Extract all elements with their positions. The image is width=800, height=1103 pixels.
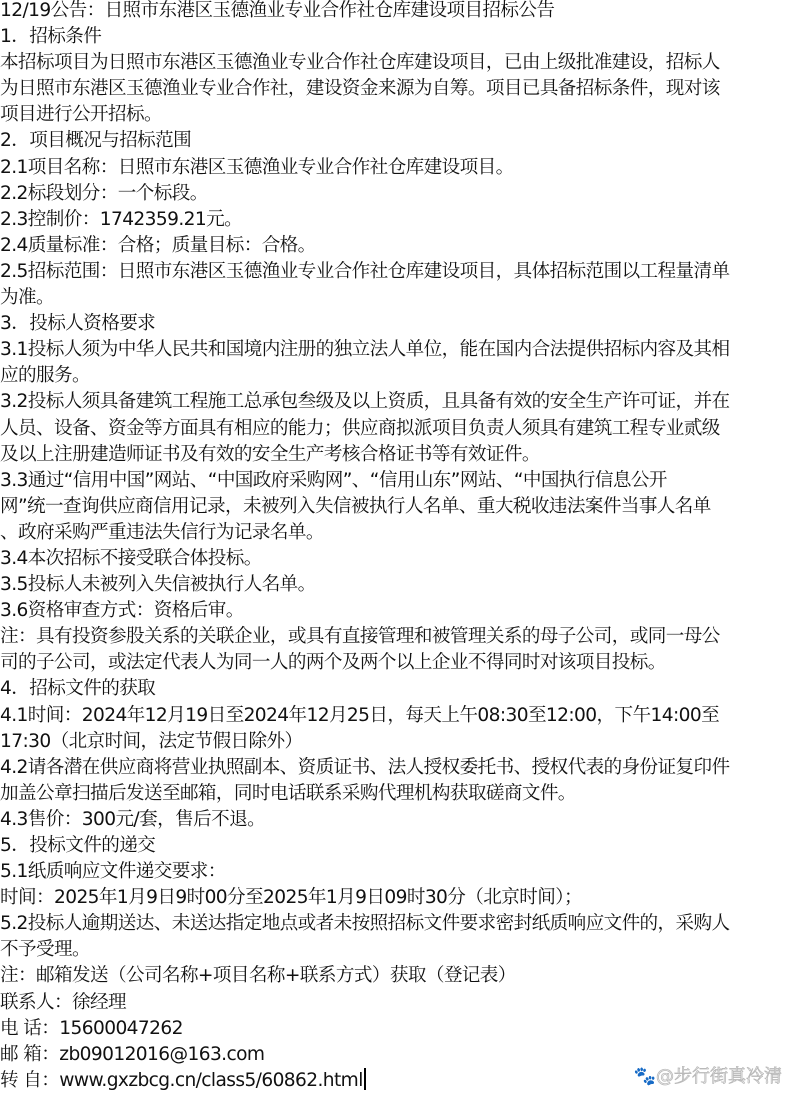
text-cursor [364,1068,366,1090]
text-line: 12/19公告：日照市东港区玉德渔业专业合作社仓库建设项目招标公告 [0,0,800,24]
watermark-text: @步行街真冷清 [656,1066,782,1087]
text-line: 5.1纸质响应文件递交要求： [0,859,800,885]
text-line: 4.1时间：2024年12月19日至2024年12月25日，每天上午08:30至… [0,703,800,729]
text-line: 为准。 [0,285,800,311]
text-line: 加盖公章扫描后发送至邮箱，同时电话联系采购代理机构获取磋商文件。 [0,781,800,807]
text-line: 为日照市东港区玉德渔业专业合作社，建设资金来源为自筹。项目已具备招标条件，现对该 [0,76,800,102]
text-line: 3.1投标人须为中华人民共和国境内注册的独立法人单位，能在国内合法提供招标内容及… [0,337,800,363]
text-line: 本招标项目为日照市东港区玉德渔业专业合作社仓库建设项目，已由上级批准建设，招标人 [0,50,800,76]
text-line: 3.5投标人未被列入失信被执行人名单。 [0,572,800,598]
text-line: 司的子公司，或法定代表人为同一人的两个及两个以上企业不得同时对该项目投标。 [0,650,800,676]
announcement-document: 12/19公告：日照市东港区玉德渔业专业合作社仓库建设项目招标公告1．招标条件本… [0,0,800,1094]
text-line: 人员、设备、资金等方面具有相应的能力；供应商拟派项目负责人须具有建筑工程专业贰级 [0,416,800,442]
text-line: 不予受理。 [0,937,800,963]
text-line: 3.4本次招标不接受联合体投标。 [0,546,800,572]
text-line: 5．投标文件的递交 [0,833,800,859]
text-line: 、政府采购严重违法失信行为记录名单。 [0,520,800,546]
text-line: 3.2投标人须具备建筑工程施工总承包叁级及以上资质，且具备有效的安全生产许可证，… [0,389,800,415]
text-line: 2.4质量标准：合格；质量目标：合格。 [0,233,800,259]
text-line: 17:30（北京时间，法定节假日除外） [0,729,800,755]
text-line: 电 话：15600047262 [0,1016,800,1042]
text-line: 2.3控制价：1742359.21元。 [0,207,800,233]
text-line: 联系人：徐经理 [0,990,800,1016]
text-line: 2.1项目名称：日照市东港区玉德渔业专业合作社仓库建设项目。 [0,155,800,181]
baidu-paw-icon: 🐾 [634,1066,656,1087]
text-line: 4.2请各潜在供应商将营业执照副本、资质证书、法人授权委托书、授权代表的身份证复… [0,755,800,781]
text-line: 5.2投标人逾期送达、未送达指定地点或者未按照招标文件要求密封纸质响应文件的，采… [0,911,800,937]
text-line: 及以上注册建造师证书及有效的安全生产考核合格证书等有效证件。 [0,442,800,468]
text-line: 3.6资格审查方式：资格后审。 [0,598,800,624]
text-line: 1．招标条件 [0,24,800,50]
text-line: 3.3通过“信用中国”网站、“中国政府采购网”、“信用山东”网站、“中国执行信息… [0,468,800,494]
text-line: 4.3售价：300元/套，售后不退。 [0,807,800,833]
text-line: 2．项目概况与招标范围 [0,128,800,154]
text-line: 项目进行公开招标。 [0,102,800,128]
watermark: 🐾@步行街真冷清 [634,1062,782,1088]
text-line: 应的服务。 [0,363,800,389]
text-line: 网”统一查询供应商信用记录，未被列入失信被执行人名单、重大税收违法案件当事人名单 [0,494,800,520]
text-line: 2.2标段划分：一个标段。 [0,181,800,207]
text-line: 时间：2025年1月9日9时00分至2025年1月9日09时30分（北京时间）； [0,885,800,911]
text-line: 3．投标人资格要求 [0,311,800,337]
text-line: 注：邮箱发送（公司名称+项目名称+联系方式）获取（登记表） [0,963,800,989]
text-line: 4．招标文件的获取 [0,676,800,702]
text-line: 注：具有投资参股关系的关联企业，或具有直接管理和被管理关系的母子公司，或同一母公 [0,624,800,650]
text-line: 2.5招标范围：日照市东港区玉德渔业专业合作社仓库建设项目，具体招标范围以工程量… [0,259,800,285]
